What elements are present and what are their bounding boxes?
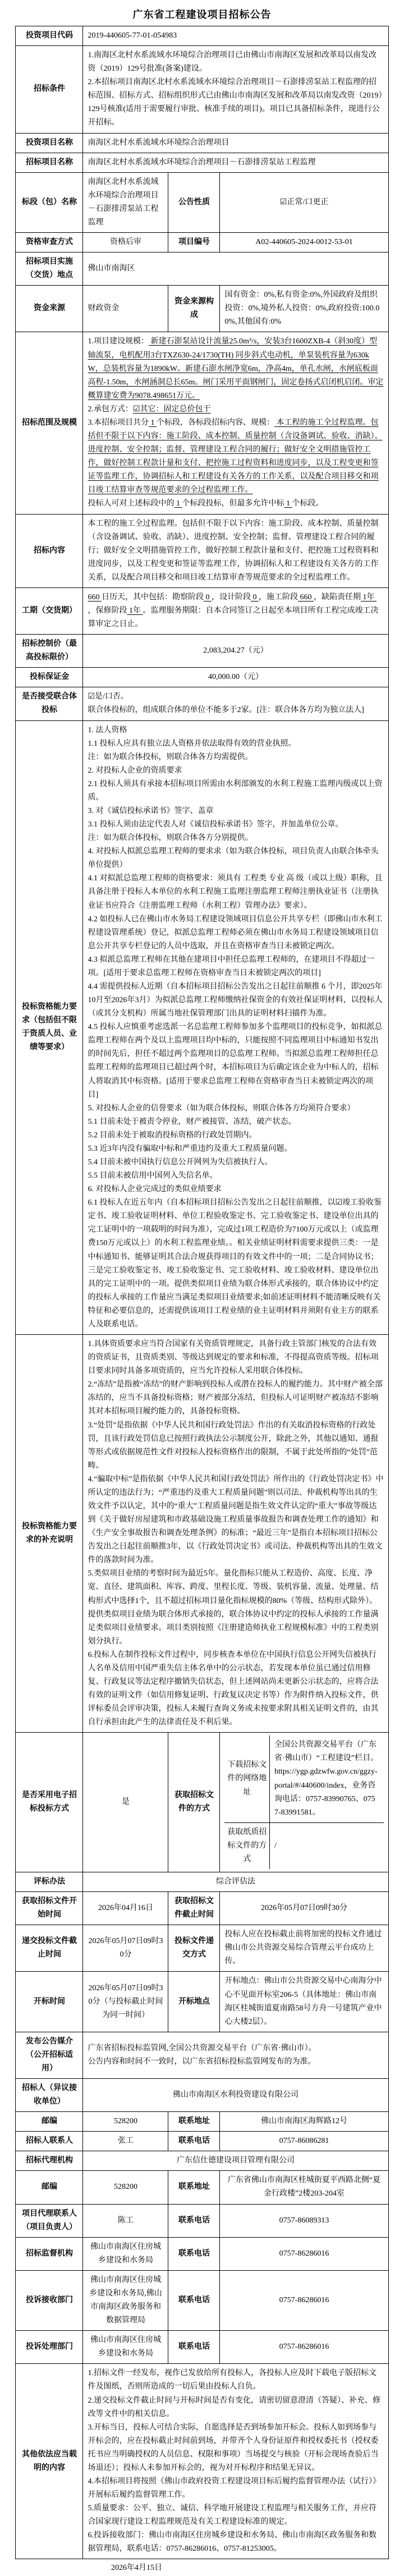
table-row-tender-project-name: 招标项目名称南海区北村水系流域水环境综合治理项目－石澎排涝泵站工程监理 — [16, 153, 388, 172]
plain-text: 3.本招标项目共分 — [88, 419, 149, 427]
tenderer-contact-label: 招标人联系人 — [16, 2132, 83, 2151]
table-row-location: 招标项目实施（交货）地点佛山市南海区 — [16, 252, 388, 286]
control-price-label: 招标控制价（最高投标限价） — [16, 635, 83, 668]
qualification-notes-value: 1.具体资质要求应当符合国家有关资质管理规定，具备行政主管部门核发的合法有效的资… — [83, 1335, 388, 1733]
submit-deadline-value-2: 投标人应在投标截止前将加密的投标文件通过佛山市公共资源交易综合管理云平台成功上传… — [220, 1925, 388, 1972]
section-name-value-1: 南海区北村水系流域水环境综合治理项目－石澎排涝泵站工程监理 — [83, 172, 168, 232]
doc-obtain-time-value-2: 2026年05月07日09时30分 — [220, 1892, 388, 1925]
table-row-complaint-handle: 投诉处理部门佛山市南海区住房城乡建设和水务局联系电话0757-86286016 — [16, 2331, 388, 2364]
other-contents-value: 1.招标文件一经发布，视作已发放给所有投标人，各投标人应及时下载电子版招标文件及… — [83, 2364, 388, 2559]
e-bidding-sub-row-1: 获取纸质招标文件的方式/ — [224, 1822, 383, 1869]
tenderer-zip-value-1: 528200 — [83, 2112, 168, 2132]
underlined-text: 1 — [174, 499, 182, 508]
agency-value: 广东信仕德建设项目管理有限公司 — [83, 2151, 388, 2171]
table-row-tenderer-contact: 招标人联系人张工联系电话0757-86086281 — [16, 2132, 388, 2151]
table-row-bid-bond: 投标保证金40,000.00（元） — [16, 668, 388, 687]
submit-deadline-value-1: 2026年05月07日09时30分 — [83, 1925, 168, 1972]
table-row-project-code: 投资项目代码2019-440605-77-01-054983 — [16, 26, 388, 46]
agent-contact-label: 项目代理联系人（项目负责人） — [16, 2204, 83, 2237]
location-value: 佛山市南海区 — [83, 252, 388, 286]
e-bidding-sub-label-1: 获取纸质招标文件的方式 — [224, 1822, 269, 1869]
duration-label: 工期（交货期） — [16, 587, 83, 634]
evaluation-method-value: 综合评估法 — [83, 1872, 388, 1892]
table-row-tender-conditions: 招标条件1.南海区北村水系流域水环境综合治理项目已由佛山市南海区发展和改革局以南… — [16, 46, 388, 133]
announcement-table: 投资项目代码2019-440605-77-01-054983招标条件1.南海区北… — [15, 26, 388, 2559]
tenderer-value: 佛山市南海区水利投资建设有限公司 — [83, 2079, 388, 2112]
announce-media-label: 发布公告媒介（公开招标适用） — [16, 2032, 83, 2078]
plain-text: 2.承包方式： — [88, 405, 133, 414]
fund-source-label: 资金来源 — [16, 286, 83, 332]
agency-zip-label-2: 联系地址 — [168, 2171, 220, 2204]
tenderer-contact-value-1: 张工 — [83, 2132, 168, 2151]
table-row-tender-content: 招标内容本工程的施工全过程监理。包括但不限于以下内容：施工阶段、成本控制、质量控… — [16, 514, 388, 587]
fund-source-label-2: 资金来源构成 — [168, 286, 220, 332]
tenderer-zip-label: 邮编 — [16, 2112, 83, 2132]
table-row-e-bidding: 是否采用电子招标投标方式是获取招标文件的方式下载招标文件的网络地址全国公共资源交… — [16, 1733, 388, 1872]
tenderer-label: 招标人（异议接收单位） — [16, 2079, 83, 2112]
underlined-text: 0 — [204, 593, 212, 601]
underlined-text: 0 — [251, 593, 259, 601]
announcement-date: 2026年4月15日 — [111, 2561, 404, 2576]
table-row-qualification-req: 投标资格能力要求（包括但不限于资质人员、业绩等要求）1. 法人资格 1.1 投标… — [16, 720, 388, 1335]
qualification-review-label: 资格审查方式 — [16, 233, 83, 252]
table-row-announce-media: 发布公告媒介（公开招标适用）广东省招标投标监管网,全国公共资源交易平台（广东省·… — [16, 2032, 388, 2078]
e-bidding-sub-table-cell: 下载招标文件的网络地址全国公共资源交易平台（广东省·佛山市）“工程建设”栏目。h… — [220, 1733, 388, 1872]
agency-label: 招标代理机构 — [16, 2151, 83, 2171]
table-row-control-price: 招标控制价（最高投标限价）2,083,204.27（元） — [16, 635, 388, 668]
plain-text: 个标段投标，但最多允许中标 — [182, 499, 284, 508]
table-row-complaint-receive: 投诉接收部门佛山市南海区住房城乡建设和水务局,佛山市南海区政务服务和数据管理局联… — [16, 2270, 388, 2330]
bid-bond-label: 投标保证金 — [16, 668, 83, 687]
tenderer-zip-label-2: 联系地址 — [168, 2112, 220, 2132]
tender-conditions-label: 招标条件 — [16, 46, 83, 133]
plain-text: ，缺陷责任期 — [314, 593, 361, 601]
qualification-review-value-1: 资格后审 — [83, 233, 168, 252]
underlined-text: ☑其它：固定总价包干 — [133, 405, 211, 414]
qualification-notes-label: 投标资格能力要求的补充说明 — [16, 1335, 83, 1733]
tender-conditions-value: 1.南海区北村水系流域水环境综合治理项目已由佛山市南海区发展和改革局以南发改资（… — [83, 46, 388, 133]
consortium-label: 是否接受联合体投标 — [16, 687, 83, 720]
underlined-text: 1年 — [361, 593, 377, 601]
table-row-invest-project-name: 投资项目名称南海区北村水系流域水环境综合治理项目 — [16, 133, 388, 153]
underlined-text: 660 — [298, 593, 314, 601]
tenderer-contact-value-2: 0757-86086281 — [220, 2132, 388, 2151]
complaint-receive-label: 投诉接收部门 — [16, 2270, 83, 2330]
underlined-text: 新建石澎泵站设计流量25.0m³/s，安装3台1600ZXB-4（斜30度）型轴… — [88, 337, 383, 400]
e-bidding-sub-value-1: / — [269, 1822, 383, 1869]
e-bidding-sub-row-0: 下载招标文件的网络地址全国公共资源交易平台（广东省·佛山市）“工程建设”栏目。h… — [224, 1735, 383, 1822]
scope-label: 招标范围及规模 — [16, 332, 83, 514]
complaint-receive-label-2: 联系电话 — [168, 2270, 220, 2330]
opening-time-value-2: 开标地点：佛山市公共资源交易中心南海分中心不见面开标室206-5（具体地址：佛山… — [220, 1972, 388, 2032]
complaint-handle-label-2: 联系电话 — [168, 2331, 220, 2364]
tender-project-name-value: 南海区北村水系流域水环境综合治理项目－石澎排涝泵站工程监理 — [83, 153, 388, 172]
other-contents-label: 其他依法应当载明的内容 — [16, 2364, 83, 2559]
e-bidding-value-1: 是 — [83, 1733, 168, 1872]
announce-media-value: 广东省招标投标监管网,全国公共资源交易平台（广东省·佛山市）。 公告内容和时间不… — [83, 2032, 388, 2078]
table-row-section-name: 标段（包）名称南海区北村水系流域水环境综合治理项目－石澎排涝泵站工程监理公告性质… — [16, 172, 388, 232]
evaluation-method-label: 评标办法 — [16, 1872, 83, 1892]
invest-project-name-label: 投资项目名称 — [16, 133, 83, 153]
table-row-qualification-review: 资格审查方式资格后审项目编号A02-440605-2024-0012-53-01 — [16, 233, 388, 252]
table-row-agency-zip: 邮编528200联系地址广东省佛山市南海区桂城街夏平西路北侧“夏金行政楼”2楼2… — [16, 2171, 388, 2204]
plain-text: 1.项目建设规模： — [88, 337, 149, 346]
plain-text: 投标人可对上述标段中的 — [88, 499, 174, 508]
bid-bond-value: 40,000.00（元） — [83, 668, 388, 687]
doc-obtain-time-value-1: 2026年04月16日 — [83, 1892, 168, 1925]
table-row-agent-contact: 项目代理联系人（项目负责人）陈工联系电话0757-86089313 — [16, 2204, 388, 2237]
complaint-receive-value-2: 0757-86286016 — [220, 2270, 388, 2330]
qualification-req-label: 投标资格能力要求（包括但不限于资质人员、业绩等要求） — [16, 720, 83, 1335]
table-row-other-contents: 其他依法应当载明的内容1.招标文件一经发布，视作已发放给所有投标人，各投标人应及… — [16, 2364, 388, 2559]
tender-content-value: 本工程的施工全过程监理。包括但不限于以下内容：施工阶段、成本控制、质量控制（含设… — [83, 514, 388, 587]
supervision-org-label: 招标监督机构 — [16, 2237, 83, 2270]
table-row-evaluation-method: 评标办法综合评估法 — [16, 1872, 388, 1892]
supervision-org-label-2: 联系电话 — [168, 2237, 220, 2270]
plain-text: ，施工阶段 — [259, 593, 298, 601]
plain-text: ，设计阶段 — [212, 593, 251, 601]
e-bidding-label-2: 获取招标文件的方式 — [168, 1733, 220, 1872]
agent-contact-value-2: 0757-86089313 — [220, 2204, 388, 2237]
table-row-tenderer: 招标人（异议接收单位）佛山市南海区水利投资建设有限公司 — [16, 2079, 388, 2112]
table-row-fund-source: 资金来源财政资金资金来源构成国有资金：0%,私有资金:0%,外国政府及组织投资：… — [16, 286, 388, 332]
plain-text: 个标段。 — [292, 499, 323, 508]
qualification-req-value: 1. 法人资格 1.1 投标人应具有独立法人资格并依法取得有效的营业执照。 注：… — [83, 720, 388, 1335]
underlined-text: 1 — [149, 419, 157, 427]
tenderer-contact-label-2: 联系电话 — [168, 2132, 220, 2151]
doc-obtain-time-label: 获取招标文件开始时间 — [16, 1892, 83, 1925]
table-row-consortium: 是否接受联合体投标☑是/口否。 联合体投标的，组成联合体的单位不能多于2家。[注… — [16, 687, 388, 720]
section-name-value-2: ☑正常/口更正 — [220, 172, 388, 232]
complaint-handle-label: 投诉处理部门 — [16, 2331, 83, 2364]
supervision-org-value-1: 佛山市南海区住房城乡建设和水务局 — [83, 2237, 168, 2270]
submit-deadline-label: 递交投标文件截止时间 — [16, 1925, 83, 1972]
announcement-page: 广东省工程建设项目招标公告 投资项目代码2019-440605-77-01-05… — [0, 7, 404, 2576]
consortium-value: ☑是/口否。 联合体投标的，组成联合体的单位不能多于2家。[注：联合体各方均为独… — [83, 687, 388, 720]
table-row-opening-time: 开标时间2026年05月07日09时30分（与投标截止时间为同一时间）开标地点开… — [16, 1972, 388, 2032]
table-row-submit-deadline: 递交投标文件截止时间2026年05月07日09时30分投标文件递交方式投标人应在… — [16, 1925, 388, 1972]
tenderer-zip-value-2: 佛山市南海区海辉路12号 — [220, 2112, 388, 2132]
complaint-handle-value-1: 佛山市南海区住房城乡建设和水务局 — [83, 2331, 168, 2364]
opening-time-label: 开标时间 — [16, 1972, 83, 2032]
qualification-review-label-2: 项目编号 — [168, 233, 220, 252]
e-bidding-sub-label-0: 下载招标文件的网络地址 — [224, 1735, 269, 1822]
fund-source-value-2: 国有资金：0%,私有资金:0%,外国政府及组织投资：0%,境外私人投资：0%,政… — [220, 286, 388, 332]
supervision-org-value-2: 0757-86286016 — [220, 2237, 388, 2270]
table-row-supervision-org: 招标监督机构佛山市南海区住房城乡建设和水务局联系电话0757-86286016 — [16, 2237, 388, 2270]
control-price-value: 2,083,204.27（元） — [83, 635, 388, 668]
table-row-qualification-notes: 投标资格能力要求的补充说明1.具体资质要求应当符合国家有关资质管理规定，具备行政… — [16, 1335, 388, 1733]
project-code-label: 投资项目代码 — [16, 26, 83, 46]
doc-obtain-time-label-2: 获取招标文件截止时间 — [168, 1892, 220, 1925]
opening-time-value-1: 2026年05月07日09时30分（与投标截止时间为同一时间） — [83, 1972, 168, 2032]
agency-zip-value-1: 528200 — [83, 2171, 168, 2204]
agency-zip-label: 邮编 — [16, 2171, 83, 2204]
plain-text: 个标段，各标段招标内容、规模： — [157, 419, 274, 427]
fund-source-value-1: 财政资金 — [83, 286, 168, 332]
qualification-review-value-2: A02-440605-2024-0012-53-01 — [220, 233, 388, 252]
e-bidding-label: 是否采用电子招标投标方式 — [16, 1733, 83, 1872]
table-row-duration: 工期（交货期）660 日历天，其中包括：勘察阶段 0 ，设计阶段 0 ，施工阶段… — [16, 587, 388, 634]
underlined-text: 1 — [284, 499, 292, 508]
duration-value: 660 日历天，其中包括：勘察阶段 0 ，设计阶段 0 ，施工阶段 660 ，缺… — [83, 587, 388, 634]
underlined-text: 本工程的施工全过程监理。包括但不限于以下内容：施工阶段、成本控制、质量控制（含设… — [88, 419, 382, 494]
tender-content-label: 招标内容 — [16, 514, 83, 587]
table-row-doc-obtain-time: 获取招标文件开始时间2026年04月16日获取招标文件截止时间2026年05月0… — [16, 1892, 388, 1925]
page-title: 广东省工程建设项目招标公告 — [0, 7, 404, 21]
underlined-text: 1年 — [127, 607, 143, 615]
opening-time-label-2: 开标地点 — [168, 1972, 220, 2032]
location-label: 招标项目实施（交货）地点 — [16, 252, 83, 286]
underlined-text: 660 — [88, 593, 102, 601]
section-name-label-2: 公告性质 — [168, 172, 220, 232]
complaint-handle-value-2: 0757-86286016 — [220, 2331, 388, 2364]
agency-zip-value-2: 广东省佛山市南海区桂城街夏平西路北侧“夏金行政楼”2楼203-204室 — [220, 2171, 388, 2204]
announcement-table-body: 投资项目代码2019-440605-77-01-054983招标条件1.南海区北… — [16, 26, 388, 2559]
agent-contact-label-2: 联系电话 — [168, 2204, 220, 2237]
project-code-value: 2019-440605-77-01-054983 — [83, 26, 388, 46]
tender-project-name-label: 招标项目名称 — [16, 153, 83, 172]
plain-text: ，保修阶段 — [88, 607, 127, 615]
e-bidding-sub-value-0: 全国公共资源交易平台（广东省·佛山市）“工程建设”栏目。https://ygp.… — [269, 1735, 383, 1822]
submit-deadline-label-2: 投标文件递交方式 — [168, 1925, 220, 1972]
table-row-tenderer-zip: 邮编528200联系地址佛山市南海区海辉路12号 — [16, 2112, 388, 2132]
complaint-receive-value-1: 佛山市南海区住房城乡建设和水务局,佛山市南海区政务服务和数据管理局 — [83, 2270, 168, 2330]
e-bidding-sub-table: 下载招标文件的网络地址全国公共资源交易平台（广东省·佛山市）“工程建设”栏目。h… — [224, 1735, 383, 1869]
section-name-label: 标段（包）名称 — [16, 172, 83, 232]
invest-project-name-value: 南海区北村水系流域水环境综合治理项目 — [83, 133, 388, 153]
scope-value: 1.项目建设规模： 新建石澎泵站设计流量25.0m³/s，安装3台1600ZXB… — [83, 332, 388, 514]
agent-contact-value-1: 陈工 — [83, 2204, 168, 2237]
table-row-agency: 招标代理机构广东信仕德建设项目管理有限公司 — [16, 2151, 388, 2171]
plain-text: 日历天，其中包括：勘察阶段 — [102, 593, 204, 601]
table-row-scope: 招标范围及规模1.项目建设规模： 新建石澎泵站设计流量25.0m³/s，安装3台… — [16, 332, 388, 514]
